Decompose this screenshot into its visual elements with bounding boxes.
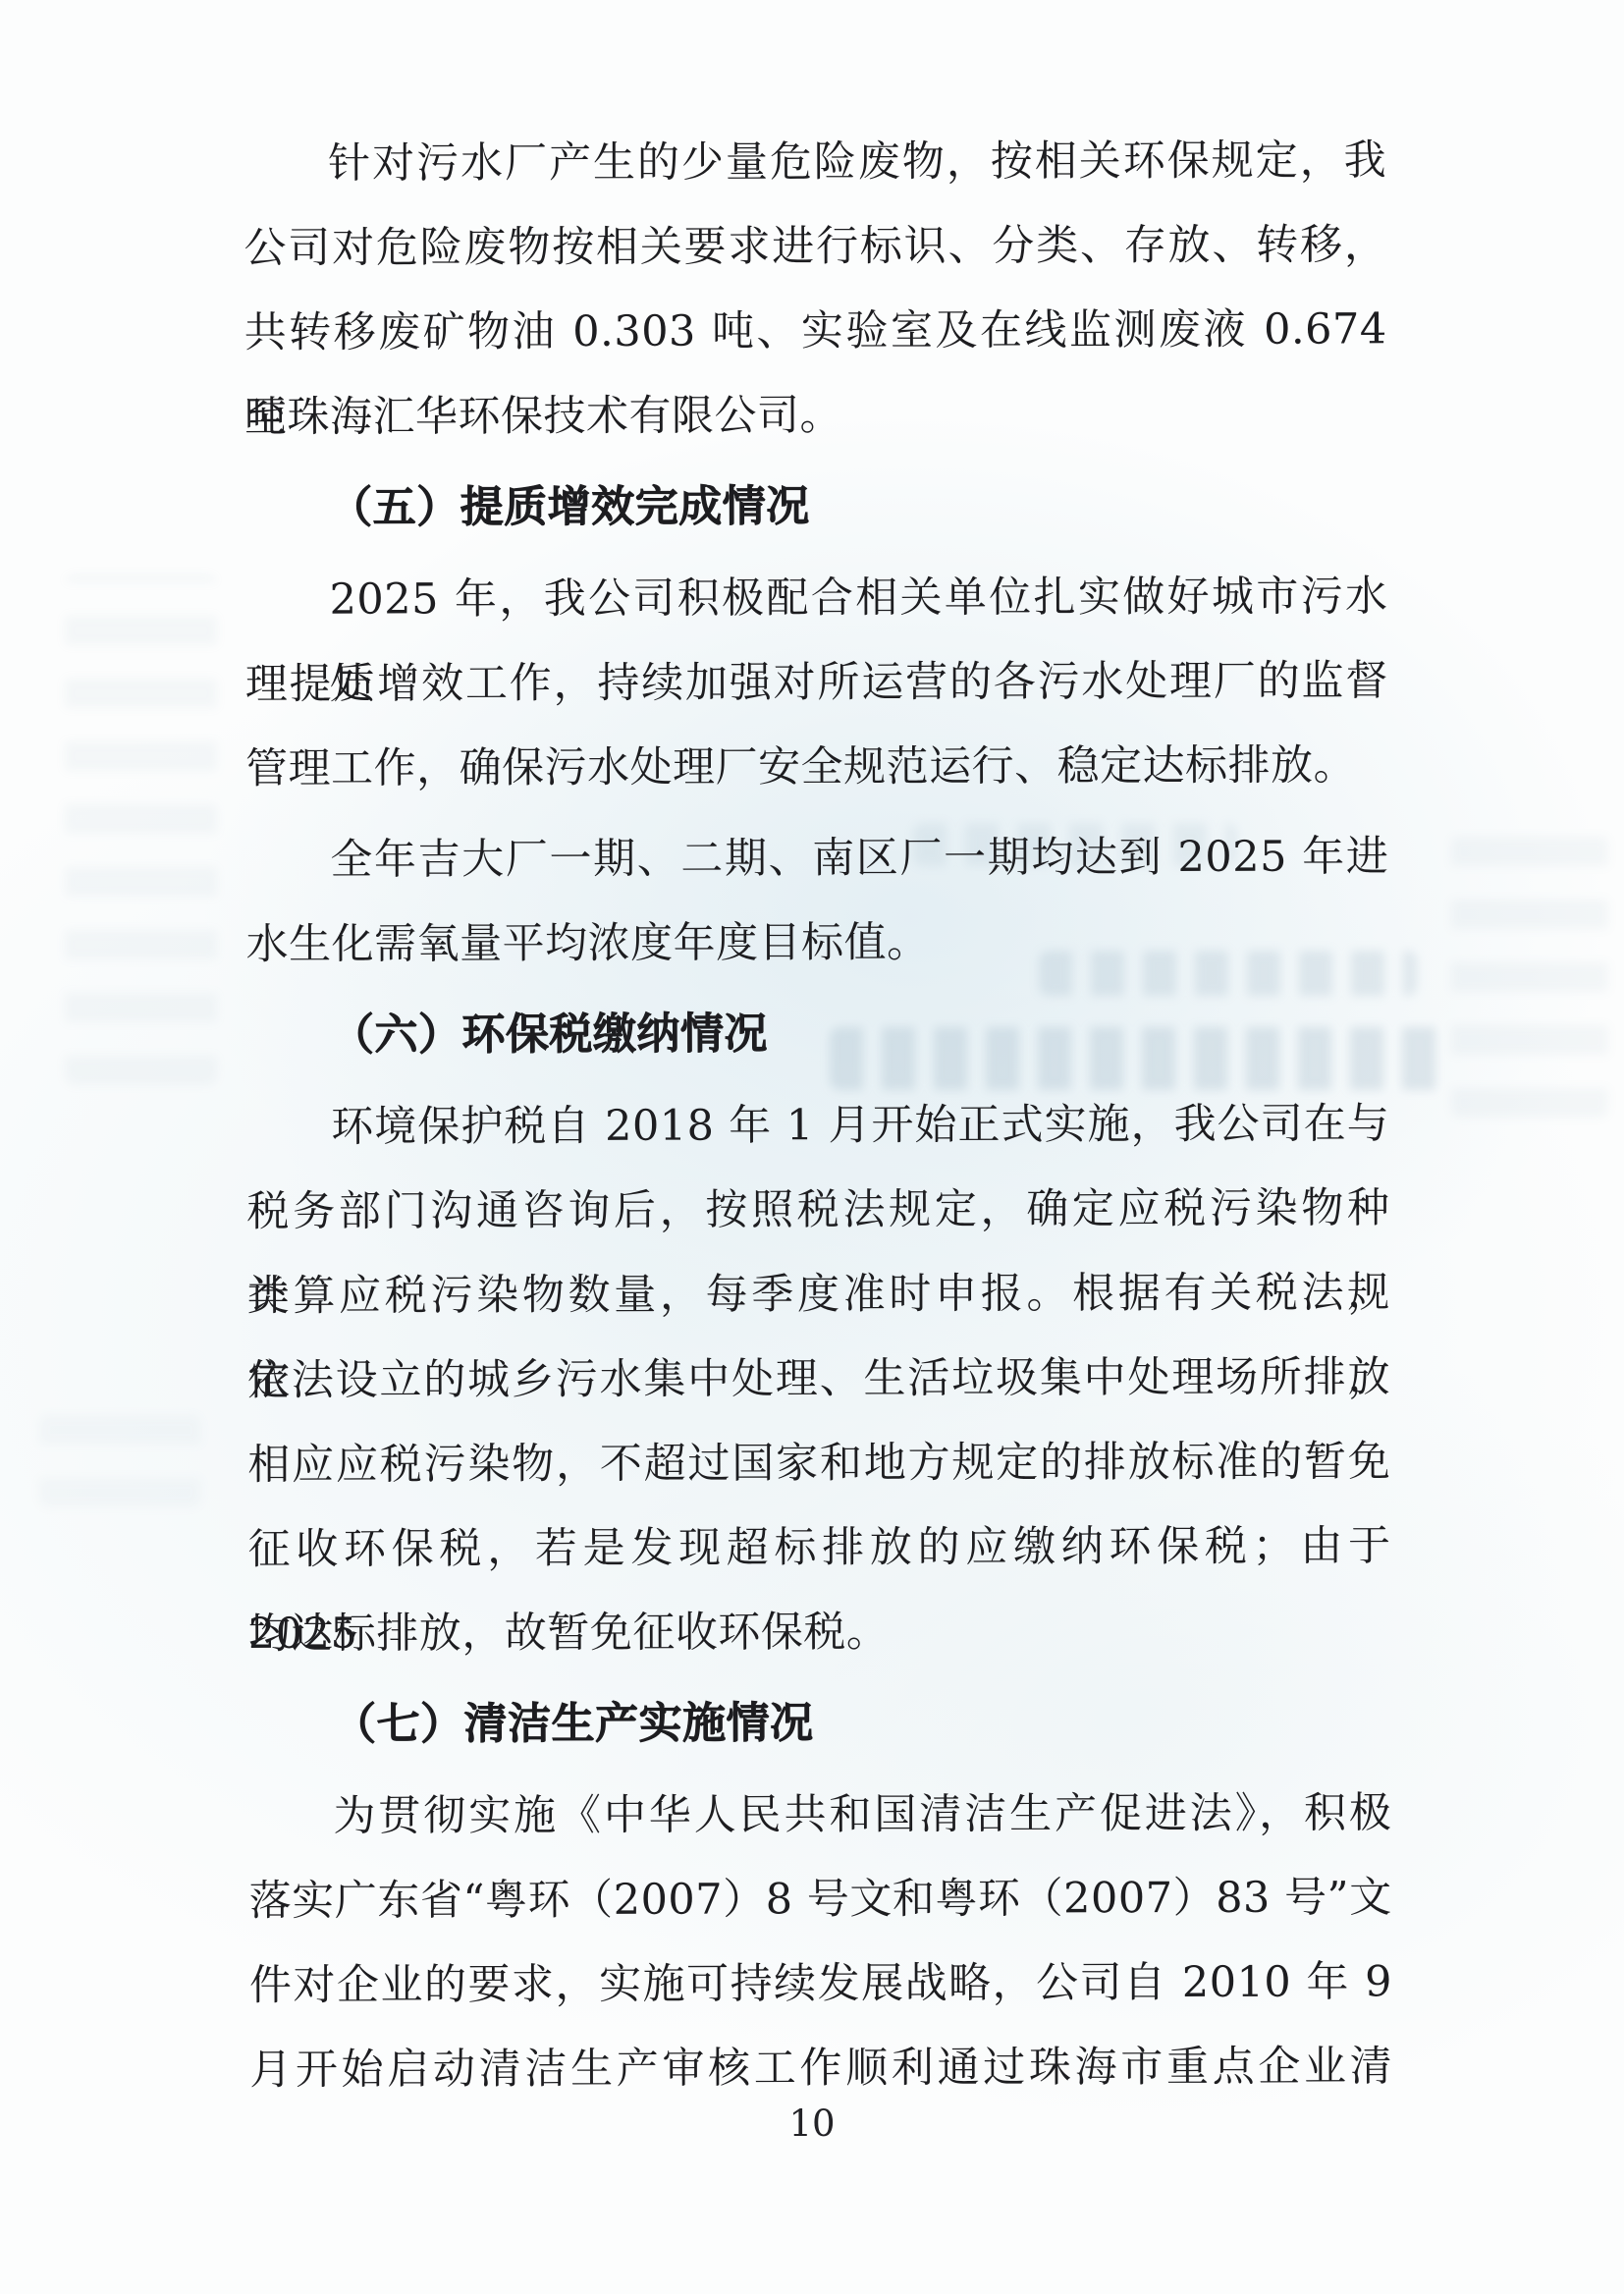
text-line: 为贯彻实施《中华人民共和国清洁生产促进法》，积极 [248, 1771, 1391, 1859]
text-line: 依法设立的城乡污水集中处理、生活垃圾集中处理场所排放 [247, 1335, 1390, 1423]
page-number: 10 [0, 2100, 1624, 2149]
text-line: 全年吉大厂一期、二期、南区厂一期均达到 2025 年进 [245, 814, 1388, 902]
text-line: 件对企业的要求，实施可持续发展战略，公司自 2010 年 9 [249, 1939, 1392, 2028]
bleedthrough-mark [65, 574, 217, 1085]
paragraph-hazardous-waste: 针对污水厂产生的少量危险废物，按相关环保规定，我公司对危险废物按相关要求进行标识… [244, 118, 1387, 460]
heading-line: （七）清洁生产实施情况 [248, 1679, 1391, 1768]
text-line: 环境保护税自 2018 年 1 月开始正式实施，我公司在与 [246, 1081, 1389, 1170]
text-line: 2025 年，我公司积极配合相关单位扎实做好城市污水处 [244, 554, 1387, 642]
document-page: 针对污水厂产生的少量危险废物，按相关环保规定，我公司对危险废物按相关要求进行标识… [0, 0, 1624, 2294]
paragraph-environmental-tax: 环境保护税自 2018 年 1 月开始正式实施，我公司在与税务部门沟通咨询后，按… [246, 1081, 1391, 1676]
text-line: 至珠海汇华环保技术有限公司。 [244, 371, 1387, 460]
text-line: 征收环保税，若是发现超标排放的应缴纳环保税；由于 2025 [247, 1503, 1390, 1592]
text-line: 税务部门沟通咨询后，按照税法规定，确定应税污染物种类， [246, 1166, 1389, 1254]
heading-section-6: （六）环保税缴纳情况 [246, 990, 1389, 1078]
document-content: 针对污水厂产生的少量危险废物，按相关环保规定，我公司对危险废物按相关要求进行标识… [244, 118, 1392, 2112]
text-line: 均达标排放，故暂免征收环保税。 [248, 1588, 1391, 1676]
heading-section-7: （七）清洁生产实施情况 [248, 1679, 1391, 1768]
paragraph-quality-improvement: 2025 年，我公司积极配合相关单位扎实做好城市污水处理提质增效工作，持续加强对… [244, 554, 1388, 811]
text-line: 针对污水厂产生的少量危险废物，按相关环保规定，我 [244, 118, 1386, 206]
heading-line: （五）提质增效完成情况 [244, 463, 1387, 551]
text-line: 水生化需氧量平均浓度年度目标值。 [245, 899, 1388, 987]
bleedthrough-mark [1451, 833, 1608, 1118]
text-line: 公司对危险废物按相关要求进行标识、分类、存放、转移， [244, 202, 1386, 291]
bleedthrough-mark [39, 1414, 201, 1507]
text-line: 管理工作，确保污水处理厂安全规范运行、稳定达标排放。 [245, 723, 1388, 811]
paragraph-cleaner-production: 为贯彻实施《中华人民共和国清洁生产促进法》，积极落实广东省“粤环（2007）8 … [248, 1771, 1392, 2112]
text-line: 共转移废矿物油 0.303 吨、实验室及在线监测废液 0.674 吨 [244, 287, 1387, 375]
text-line: 相应应税污染物，不超过国家和地方规定的排放标准的暂免 [247, 1419, 1390, 1507]
heading-line: （六）环保税缴纳情况 [246, 990, 1389, 1078]
heading-section-5: （五）提质增效完成情况 [244, 463, 1387, 551]
text-line: 落实广东省“粤环（2007）8 号文和粤环（2007）83 号”文 [249, 1855, 1392, 1943]
text-line: 理提质增效工作，持续加强对所运营的各污水处理厂的监督 [245, 638, 1388, 727]
paragraph-bod-target: 全年吉大厂一期、二期、南区厂一期均达到 2025 年进水生化需氧量平均浓度年度目… [245, 814, 1389, 987]
text-line: 计算应税污染物数量，每季度准时申报。根据有关税法规定， [247, 1250, 1390, 1338]
